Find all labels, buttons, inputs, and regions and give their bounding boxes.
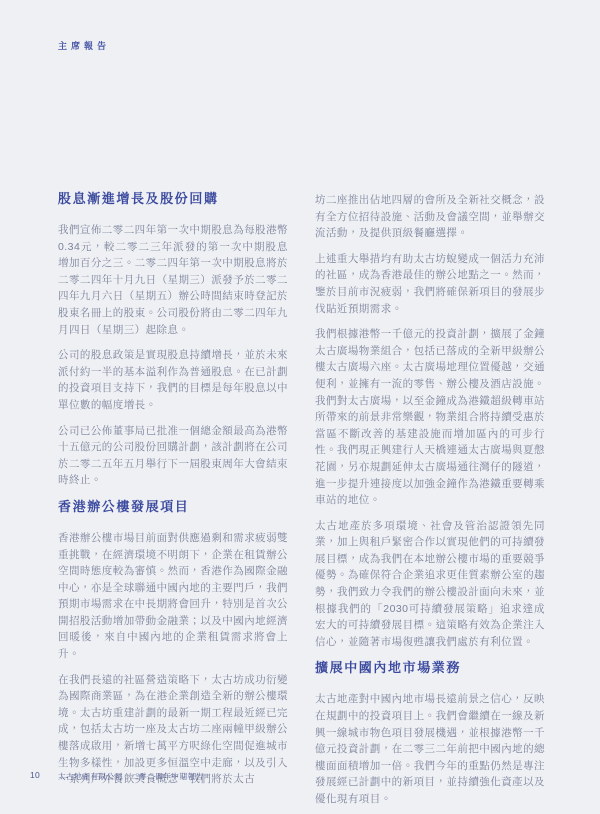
paragraph-two-taikoo-place-clubhouse: 坊二座推出佔地四層的會所及全新社交概念，設有全方位招待設施、活動及會議空間，並舉… (315, 192, 545, 242)
section-heading-hk-office-development: 香港辦公樓發展項目 (58, 498, 288, 516)
paragraph-mainland-china-pipeline: 太古地產對中國內地市場長遠前景之信心，反映在規劃中的投資項目上。我們會繼續在一線… (315, 691, 545, 807)
paragraph-pacific-place-investment: 我們根據港幣一千億元的投資計劃，擴展了金鐘太古廣場物業組合，包括已落成的全新甲級… (315, 326, 545, 509)
page-number: 10 (30, 770, 40, 780)
page-footer: 10 太古地產有限公司 二零二四年中期報告 (0, 770, 600, 784)
paragraph-hk-office-market: 香港辦公樓市場目前面對供應過剩和需求疲弱雙重挑戰，在經濟環境不明朗下，企業在租賃… (58, 530, 288, 663)
report-page: 主席報告 股息漸進增長及股份回購 我們宣佈二零二四年第一次中期股息為每股港幣0.… (0, 0, 600, 814)
section-heading-mainland-china-expansion: 擴展中國內地市場業務 (315, 659, 545, 677)
paragraph-esg-competitive-edge: 太古地產於多項環境、社會及管治認證領先同業，加上與租戶緊密合作以實現他們的可持續… (315, 518, 545, 651)
paragraph-taikoo-place-community: 上述重大舉措均有助太古坊蛻變成一個活力充沛的社區，成為香港最佳的辦公地點之一。然… (315, 251, 545, 317)
section-heading-dividend-growth-buyback: 股息漸進增長及股份回購 (58, 190, 288, 208)
paragraph-dividend-policy: 公司的股息政策是實現股息持續增長，並於未來派付約一半的基本溢利作為普通股息。在已… (58, 347, 288, 413)
paragraph-share-buyback-programme: 公司已公佈董事局已批准一個總金額最高為港幣十五億元的公司股份回購計劃，該計劃將在… (58, 423, 288, 489)
right-column: 坊二座推出佔地四層的會所及全新社交概念，設有全方位招待設施、活動及會議空間，並舉… (315, 190, 545, 814)
two-column-content: 股息漸進增長及股份回購 我們宣佈二零二四年第一次中期股息為每股港幣0.34元，較… (58, 190, 546, 814)
page-header-label: 主席報告 (58, 39, 110, 52)
footer-report-title: 太古地產有限公司 二零二四年中期報告 (58, 771, 204, 782)
paragraph-interim-dividend: 我們宣佈二零二四年第一次中期股息為每股港幣0.34元，較二零二三年派發的第一次中… (58, 222, 288, 338)
left-column: 股息漸進增長及股份回購 我們宣佈二零二四年第一次中期股息為每股港幣0.34元，較… (58, 190, 288, 814)
